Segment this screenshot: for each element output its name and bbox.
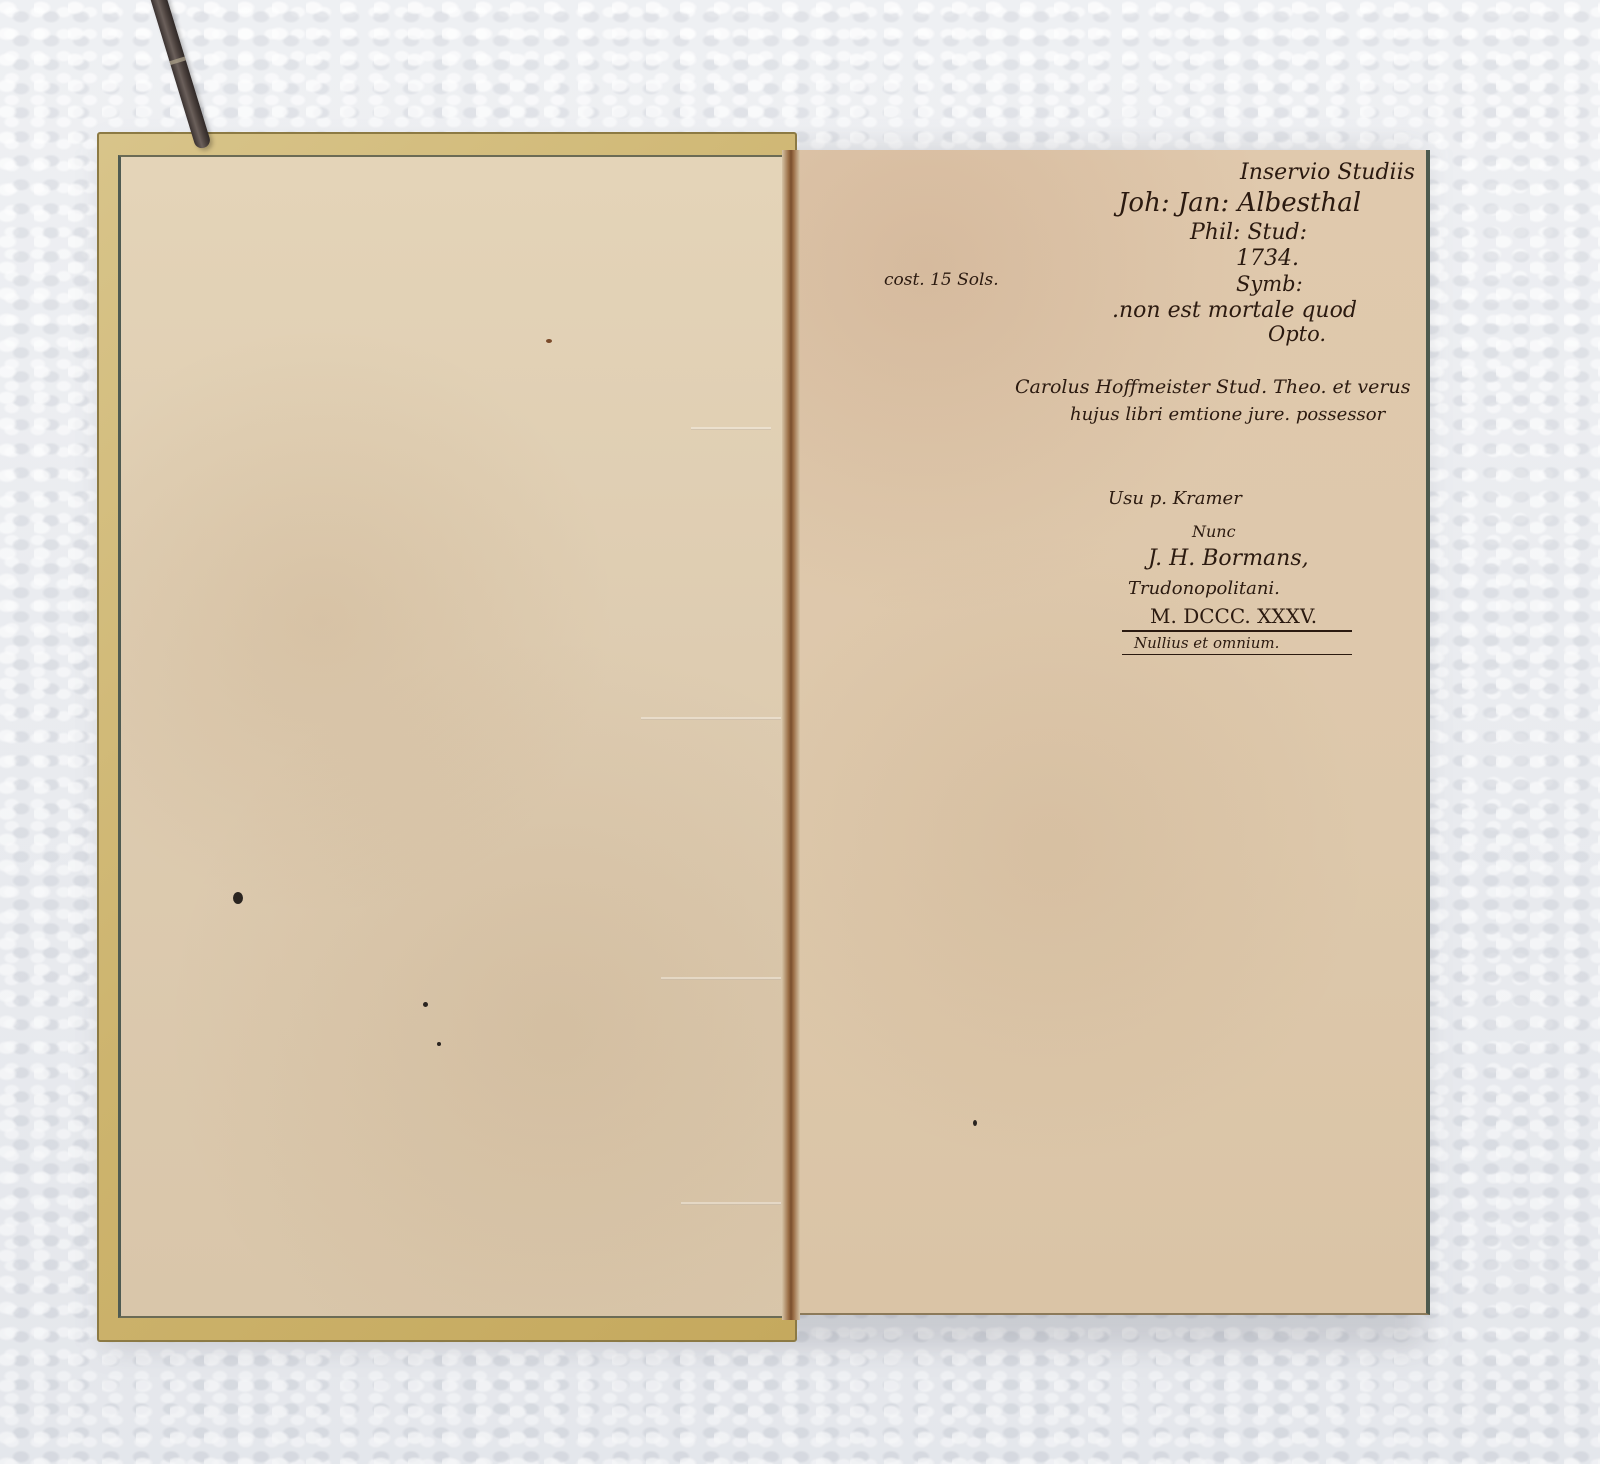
ink-spot xyxy=(437,1042,441,1046)
paper-wrinkle xyxy=(681,1202,781,1205)
stain-spot xyxy=(546,339,552,343)
owner2-line1: Carolus Hoffmeister Stud. Theo. et verus xyxy=(1015,378,1410,397)
left-pastedown-page xyxy=(118,155,790,1318)
paper-wrinkle xyxy=(641,717,781,720)
right-flyleaf-page: cost. 15 Sols. Inservio Studiis Joh: Jan… xyxy=(800,150,1430,1315)
owner3-line6: Nullius et omnium. xyxy=(1134,636,1279,651)
owner1-line4: 1734. xyxy=(1236,248,1299,270)
rod-band xyxy=(169,57,185,66)
owner2-line2: hujus libri emtione jure. possessor xyxy=(1070,406,1385,424)
paper-wrinkle xyxy=(691,427,771,430)
owner3-line1: Usu p. Kramer xyxy=(1108,490,1242,508)
owner1-line3: Phil: Stud: xyxy=(1190,222,1307,244)
underline-rule xyxy=(1122,630,1352,632)
underline-rule xyxy=(1122,654,1352,655)
owner3-line3: J. H. Bormans, xyxy=(1148,548,1309,570)
ink-spot xyxy=(973,1120,977,1126)
owner1-line7: Opto. xyxy=(1268,324,1326,345)
ink-spot xyxy=(233,892,243,904)
owner3-line4: Trudonopolitani. xyxy=(1128,580,1280,598)
price-note: cost. 15 Sols. xyxy=(884,272,999,289)
ink-spot xyxy=(423,1002,428,1007)
owner3-line2: Nunc xyxy=(1192,524,1236,540)
owner3-line5: M. DCCC. XXXV. xyxy=(1150,606,1317,626)
owner1-line1: Inservio Studiis xyxy=(1240,162,1415,184)
spine-gutter xyxy=(782,150,800,1320)
owner1-line5: Symb: xyxy=(1236,274,1303,295)
owner1-line6: .non est mortale quod xyxy=(1112,300,1357,322)
paper-wrinkle xyxy=(661,977,781,980)
owner1-line2: Joh: Jan: Albesthal xyxy=(1118,190,1361,216)
